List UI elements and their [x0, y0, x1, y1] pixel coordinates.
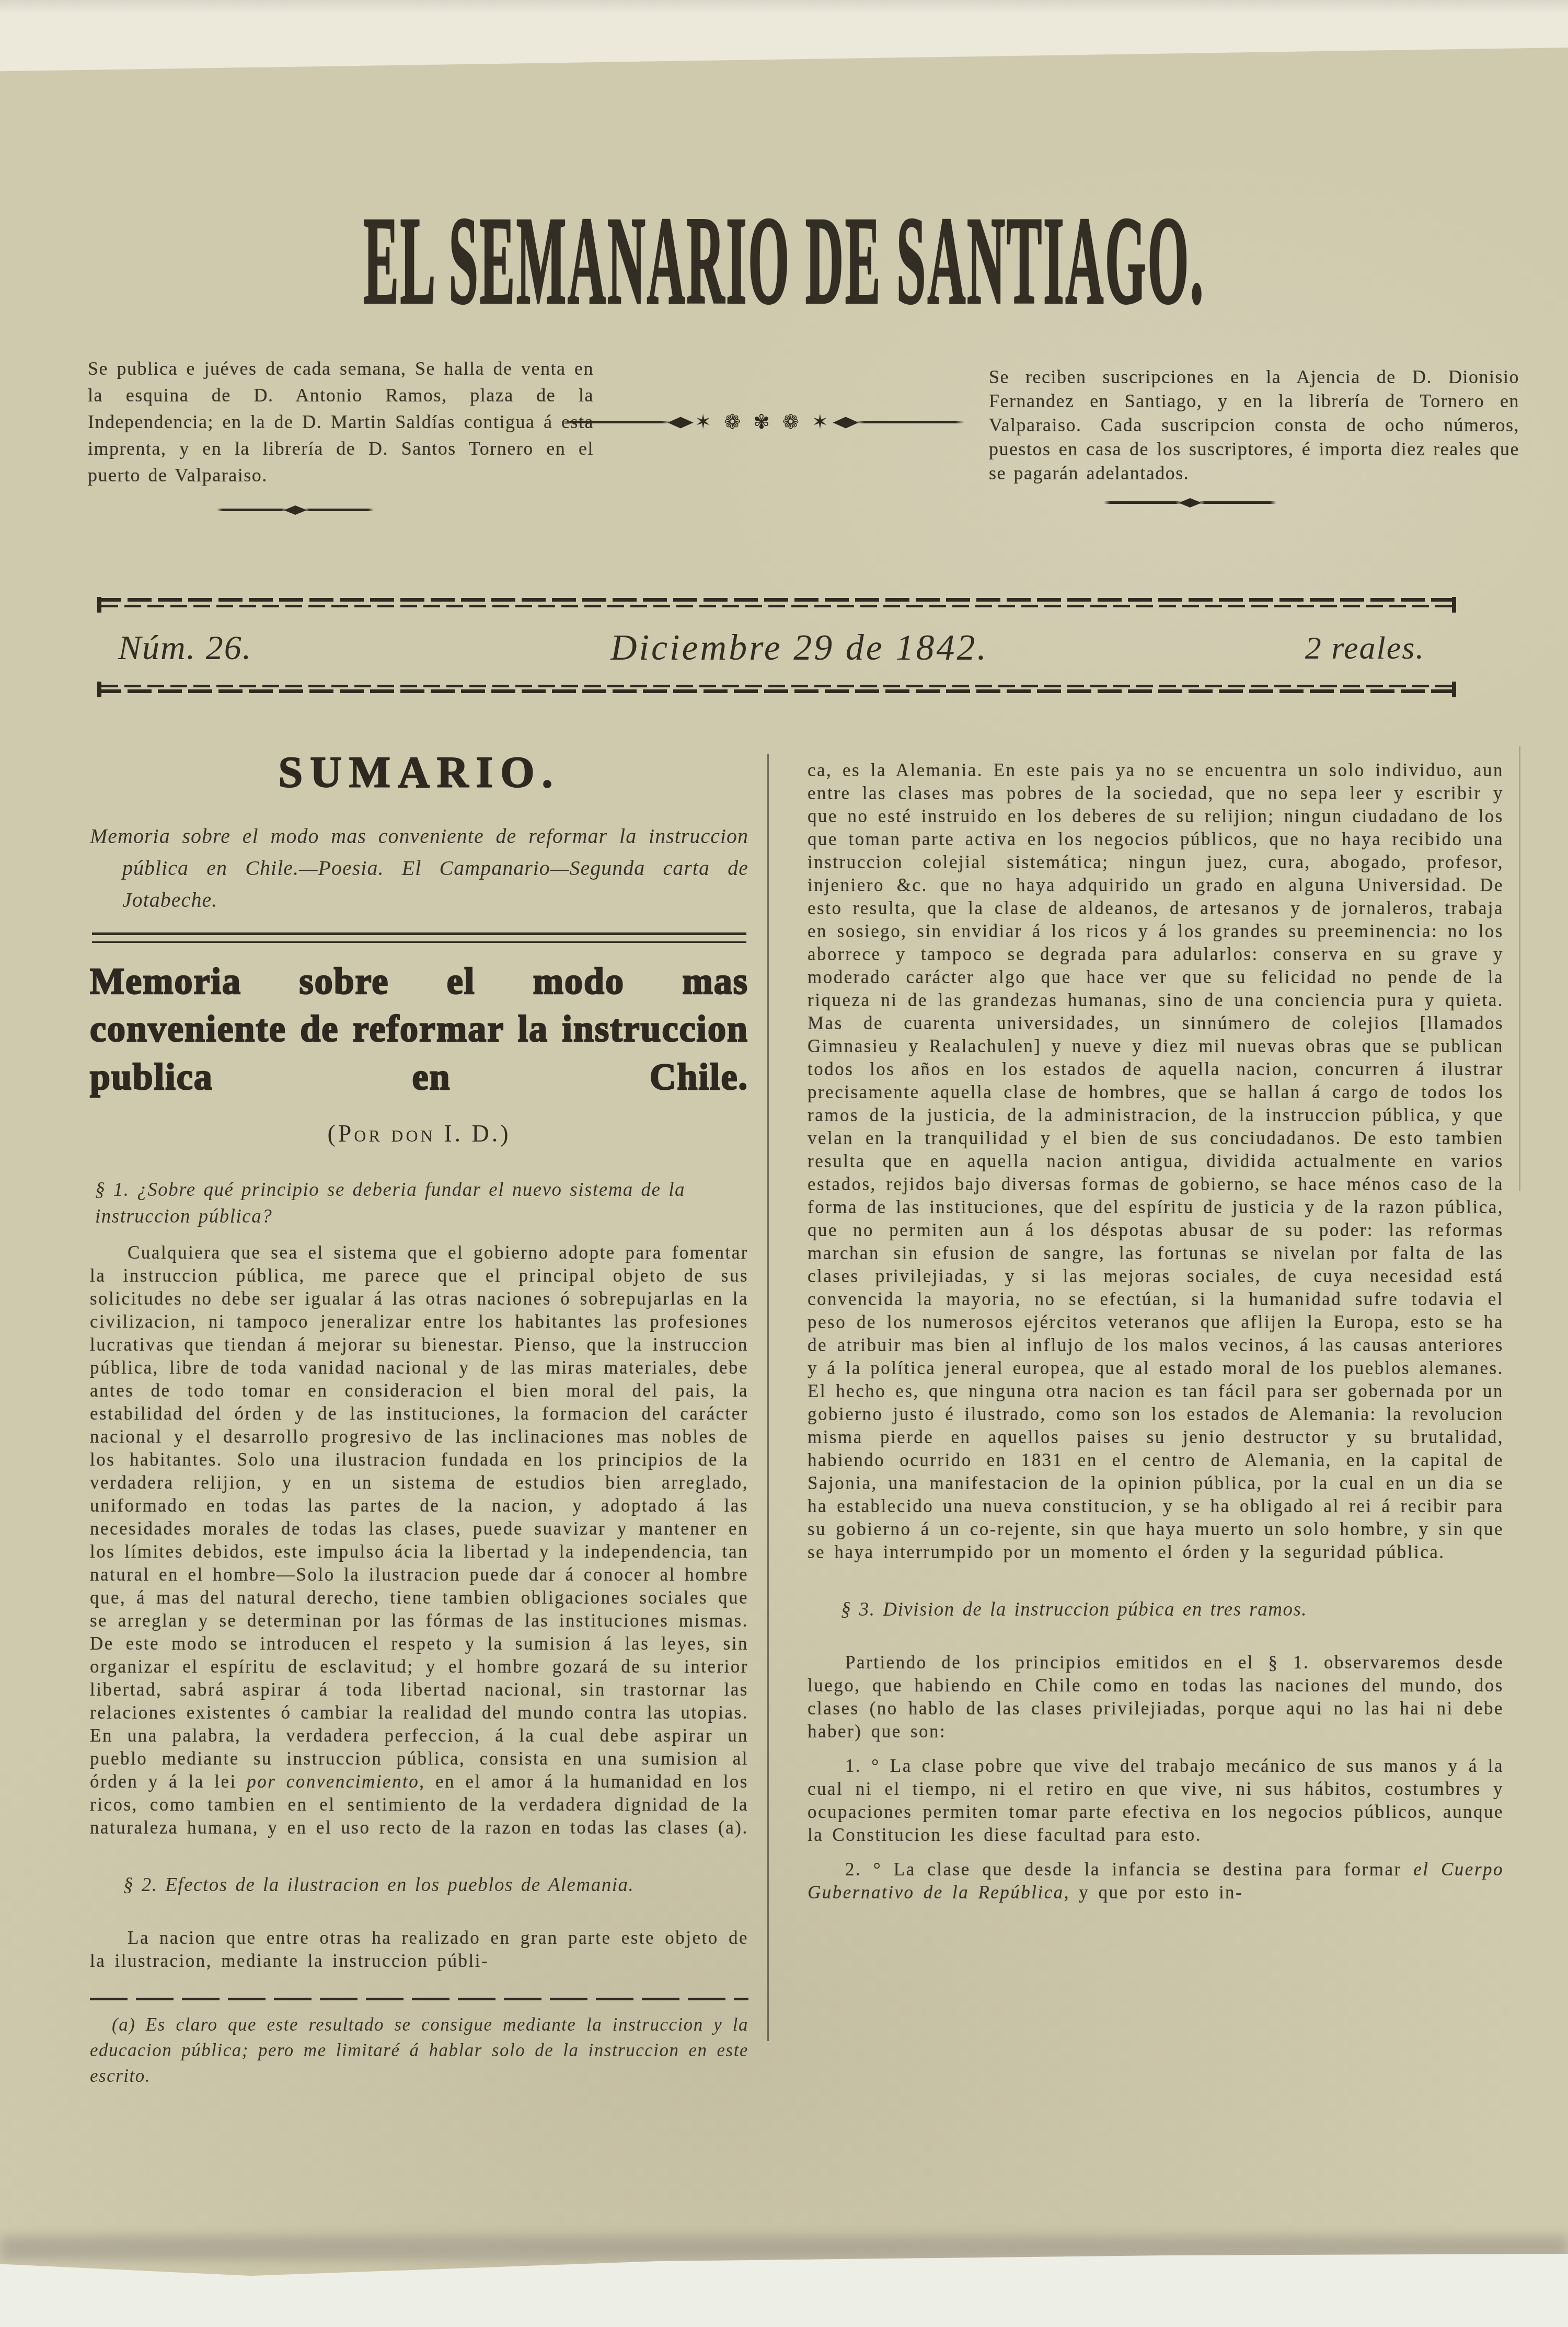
ornament-line: [217, 509, 287, 511]
left-mini-ornament: ◆: [217, 503, 374, 516]
section3-heading: § 3. Division de la instruccion púbica e…: [808, 1596, 1504, 1623]
section2-heading: § 2. Efectos de la ilustracion en los pu…: [90, 1872, 748, 1898]
right-mini-ornament: ◆: [1104, 496, 1276, 509]
dateline-border-bottom: [97, 685, 1456, 696]
page-fold-line: [1519, 746, 1520, 1191]
right-column: ca, es la Alemania. En este pais ya no s…: [808, 759, 1504, 1904]
publication-notice: Se publica e juéves de cada semana, Se h…: [88, 355, 594, 489]
body-paragraph-2: La nacion que entre otras ha realizado e…: [90, 1927, 748, 1973]
footnote-text: (a) Es claro que este resultado se consi…: [90, 2012, 748, 2089]
subscription-notice: Se reciben suscripciones en la Ajencia d…: [989, 365, 1519, 485]
body-paragraph-3: Partiendo de los principios emitidos en …: [808, 1651, 1504, 1743]
ornament-line: [562, 421, 671, 423]
issue-date: Diciembre 29 de 1842.: [610, 627, 988, 669]
article-title: Memoria sobre el modo mas conveniente de…: [90, 958, 748, 1101]
footnote-divider: [90, 1998, 748, 2000]
article-byline: (Por don I. D.): [90, 1120, 748, 1147]
center-ornament: ◆ ✶ ❁ ✾ ❁ ✶ ◆: [562, 412, 964, 432]
issue-price: 2 reales.: [1305, 630, 1425, 667]
paragraph-italic-phrase: por convencimiento: [247, 1771, 419, 1792]
summary-divider: [92, 932, 746, 943]
diamond-ornament-icon: ◆: [667, 414, 694, 430]
newspaper-page: EL SEMANARIO DE SANTIAGO. Se publica e j…: [0, 0, 1568, 2327]
list-item-2: 2. ° La clase que desde la infancia se d…: [808, 1858, 1504, 1904]
ornament-line: [856, 421, 964, 423]
diamond-ornament-icon: ◆: [284, 503, 307, 515]
diamond-ornament-icon: ◆: [1179, 496, 1202, 508]
sumario-heading: SUMARIO.: [90, 747, 748, 798]
sumario-text: Memoria sobre el modo mas conveniente de…: [90, 820, 748, 916]
dateline-bar: Núm. 26. Diciembre 29 de 1842. 2 reales.: [97, 596, 1456, 698]
paragraph-text: 2. ° La clase que desde la infancia se d…: [845, 1859, 1413, 1880]
body-paragraph-1: Cualquiera que sea el sistema que el gob…: [90, 1241, 748, 1839]
datebar-corner: [1452, 597, 1456, 613]
ornament-line: [1104, 501, 1182, 504]
dateline-content: Núm. 26. Diciembre 29 de 1842. 2 reales.: [118, 614, 1425, 683]
list-item-1: 1. ° La clase pobre que vive del trabajo…: [808, 1755, 1504, 1847]
floral-ornament-icon: ✶ ❁ ✾ ❁ ✶: [695, 412, 832, 432]
body-paragraph-2-continued: ca, es la Alemania. En este pais ya no s…: [808, 759, 1504, 1564]
issue-number: Núm. 26.: [118, 628, 252, 668]
diamond-ornament-icon: ◆: [833, 414, 859, 430]
ornament-line: [304, 509, 374, 511]
datebar-corner: [97, 682, 101, 697]
datebar-corner: [1452, 682, 1456, 697]
masthead: EL SEMANARIO DE SANTIAGO.: [0, 211, 1568, 347]
ornament-line: [1198, 501, 1276, 504]
masthead-title: EL SEMANARIO DE SANTIAGO.: [363, 190, 1205, 333]
left-column: SUMARIO. Memoria sobre el modo mas conve…: [90, 747, 748, 2107]
paragraph-text: y que por esto in-: [1070, 1882, 1243, 1903]
section1-heading: § 1. ¿Sobre qué principio se deberia fun…: [90, 1177, 748, 1230]
paragraph-text: Cualquiera que sea el sistema que el gob…: [90, 1242, 748, 1792]
datebar-corner: [97, 597, 101, 613]
dateline-border-top: [97, 598, 1456, 609]
column-divider-rule: [767, 754, 769, 2041]
